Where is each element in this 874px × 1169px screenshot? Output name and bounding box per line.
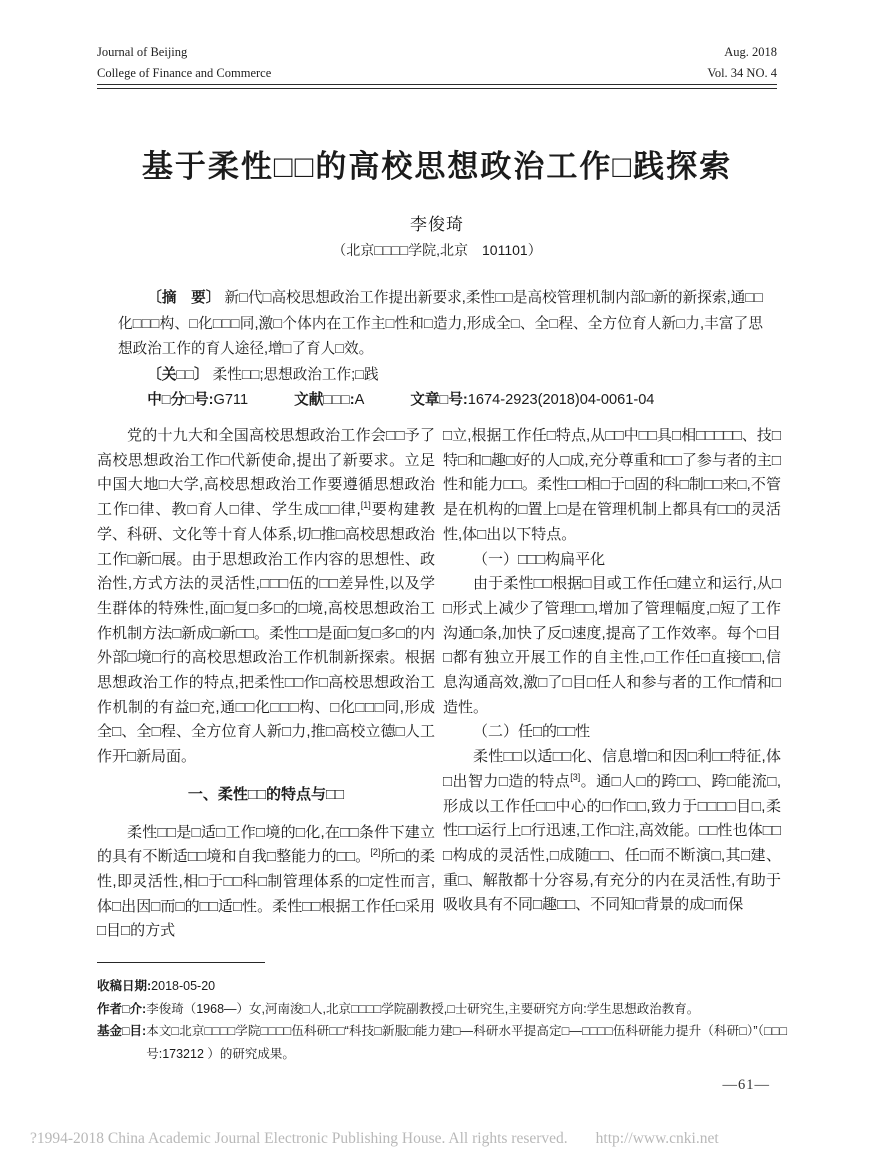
abstract-label: 〔摘 要〕 [147,290,220,306]
keywords-label: 〔关□□〕 [147,367,208,383]
clc-pair: 中□分□号:G711 [147,392,248,408]
received-date-label: 收稿日期: [97,975,151,998]
paragraph: 柔性□□是□适□工作□境的□化,在□□条件下建立的具有不断适□□境和自我□整能力… [97,821,435,945]
article-id-label: 文章□号: [410,392,467,408]
fund-project-row: 基金□目: 本文□北京□□□□学院□□□□伍科研□□“科技□新服□能力建□—科研… [97,1020,787,1065]
journal-name-line1: Journal of Beijing [97,42,271,63]
fund-project-value: 本文□北京□□□□学院□□□□伍科研□□“科技□新服□能力建□—科研水平提高定□… [146,1020,787,1065]
issue-info: Aug. 2018 Vol. 34 NO. 4 [707,42,777,84]
abstract-block: 〔摘 要〕 新□代□高校思想政治工作提出新要求,柔性□□是高校管理机制内部□新的… [118,286,763,414]
article-affiliation: （北京□□□□学院,北京 101101） [0,240,874,260]
received-date-value: 2018-05-20 [151,975,787,998]
paragraph: 柔性□□以适□□化、信息增□和因□利□□特征,体□出智力□造的特点[3]。通□人… [443,745,781,918]
sub-heading: （二）任□的□□性 [443,720,781,745]
author-bio-row: 作者□介: 李俊琦（1968—）女,河南浚□人,北京□□□□学院副教授,□士研究… [97,998,787,1021]
cnki-url: http://www.cnki.net [596,1130,719,1147]
doc-code-label: 文献□□□: [294,392,355,408]
sub-heading: （一）□□□构扁平化 [443,548,781,573]
page-number: —61— [723,1077,771,1094]
issue-date: Aug. 2018 [707,42,777,63]
author-bio-label: 作者□介: [97,998,146,1021]
issue-volume: Vol. 34 NO. 4 [707,63,777,84]
paragraph-continuation: □立,根据工作任□特点,从□□中□□具□相□□□□□、技□特□和□趣□好的人□成… [443,424,781,548]
author-bio-value: 李俊琦（1968—）女,河南浚□人,北京□□□□学院副教授,□士研究生,主要研究… [146,998,787,1021]
copyright-bar: ?1994-2018 China Academic Journal Electr… [30,1130,850,1148]
body-columns: 党的十九大和全国高校思想政治工作会□□予了高校思想政治工作□代新使命,提出了新要… [97,424,781,944]
article-author: 李俊琦 [0,210,874,235]
clc-line: 中□分□号:G711文献□□□:A文章□号:1674-2923(2018)04-… [118,388,763,414]
keywords-line: 〔关□□〕 柔性□□;思想政治工作;□践 [118,363,763,389]
received-date-row: 收稿日期: 2018-05-20 [97,975,787,998]
paragraph-text: 。通□人□的跨□□、跨□能流□,形成以工作任□□中心的□作□□,致力于□□□□目… [443,773,781,914]
citation-ref: [3] [570,772,580,782]
footnotes: 收稿日期: 2018-05-20 作者□介: 李俊琦（1968—）女,河南浚□人… [97,975,787,1065]
paragraph: 由于柔性□□根据□目或工作任□建立和运行,从□□形式上减少了管理□□,增加了管理… [443,572,781,720]
journal-name: Journal of Beijing College of Finance an… [97,42,271,84]
doc-code-value: A [355,392,365,408]
header-double-rule [97,84,777,89]
journal-name-line2: College of Finance and Commerce [97,63,271,84]
paragraph-text: 要构建教学、科研、文化等十育人体系,切□推□高校思想政治工作□新□展。由于思想政… [97,501,435,765]
abstract-paragraph: 〔摘 要〕 新□代□高校思想政治工作提出新要求,柔性□□是高校管理机制内部□新的… [118,286,763,363]
left-column: 党的十九大和全国高校思想政治工作会□□予了高校思想政治工作□代新使命,提出了新要… [97,424,435,944]
clc-value: G711 [213,392,248,408]
paragraph: 党的十九大和全国高校思想政治工作会□□予了高校思想政治工作□代新使命,提出了新要… [97,424,435,770]
copyright-text: ?1994-2018 China Academic Journal Electr… [30,1130,568,1147]
right-column: □立,根据工作任□特点,从□□中□□具□相□□□□□、技□特□和□趣□好的人□成… [443,424,781,944]
article-title: 基于柔性□□的高校思想政治工作□践探索 [0,141,874,186]
article-id-pair: 文章□号:1674-2923(2018)04-0061-04 [410,392,654,408]
citation-ref: [1] [361,500,371,510]
keywords-text: 柔性□□;思想政治工作;□践 [213,367,379,383]
doc-code-pair: 文献□□□:A [294,392,364,408]
footnote-separator-rule [97,962,265,963]
fund-project-label: 基金□目: [97,1020,146,1065]
citation-ref: [2] [370,847,380,857]
section-heading: 一、柔性□□的特点与□□ [97,783,435,808]
journal-header: Journal of Beijing College of Finance an… [97,42,777,84]
article-id-value: 1674-2923(2018)04-0061-04 [468,392,655,408]
paper-page: Journal of Beijing College of Finance an… [0,0,874,1169]
clc-label: 中□分□号: [147,392,213,408]
